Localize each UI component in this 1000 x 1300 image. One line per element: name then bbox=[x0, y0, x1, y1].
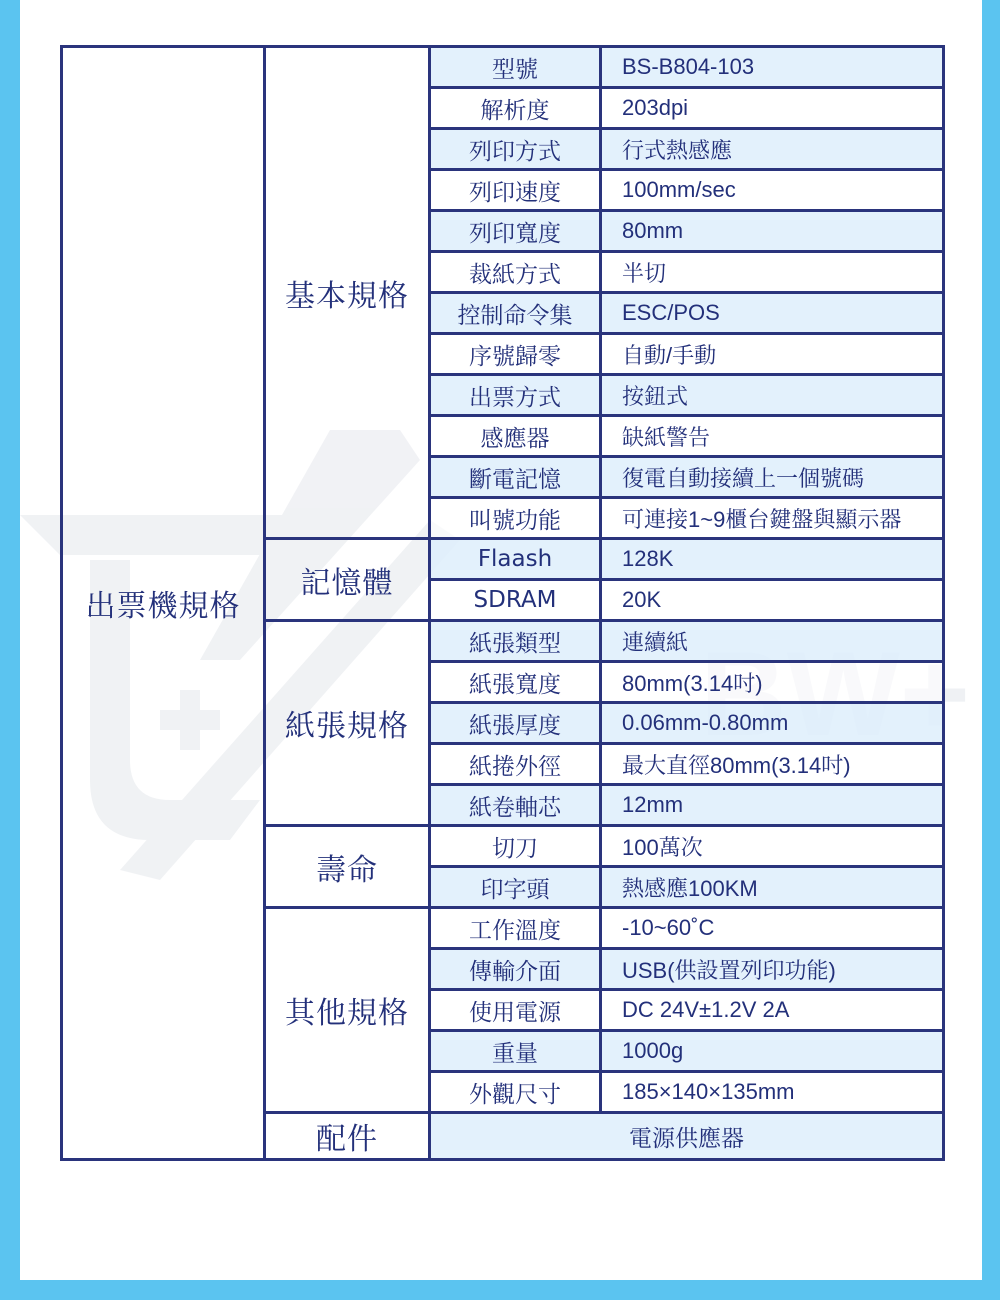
spec-value: 0.06mm-0.80mm bbox=[601, 703, 944, 744]
spec-key: 列印速度 bbox=[430, 170, 601, 211]
spec-value: 100mm/sec bbox=[601, 170, 944, 211]
spec-value: 行式熱感應 bbox=[601, 129, 944, 170]
spec-value: 128K bbox=[601, 539, 944, 580]
spec-key: 紙張類型 bbox=[430, 621, 601, 662]
spec-value: 按鈕式 bbox=[601, 375, 944, 416]
printer-spec-table: 出票機規格基本規格型號BS-B804-103解析度203dpi列印方式行式熱感應… bbox=[60, 45, 945, 1161]
spec-key: 工作溫度 bbox=[430, 908, 601, 949]
spec-key: 紙張寬度 bbox=[430, 662, 601, 703]
spec-value: USB(供設置列印功能) bbox=[601, 949, 944, 990]
spec-value: 自動/手動 bbox=[601, 334, 944, 375]
spec-value: DC 24V±1.2V 2A bbox=[601, 990, 944, 1031]
spec-value: ESC/POS bbox=[601, 293, 944, 334]
group-label: 其他規格 bbox=[265, 908, 430, 1113]
spec-key: 列印方式 bbox=[430, 129, 601, 170]
spec-key: 重量 bbox=[430, 1031, 601, 1072]
spec-key: SDRAM bbox=[430, 580, 601, 621]
spec-row: 出票機規格基本規格型號BS-B804-103 bbox=[62, 47, 944, 88]
spec-value: 20K bbox=[601, 580, 944, 621]
spec-value: 80mm(3.14吋) bbox=[601, 662, 944, 703]
spec-key: 紙捲外徑 bbox=[430, 744, 601, 785]
spec-key: 出票方式 bbox=[430, 375, 601, 416]
spec-value: 復電自動接續上一個號碼 bbox=[601, 457, 944, 498]
group-label: 基本規格 bbox=[265, 47, 430, 539]
spec-value: 半切 bbox=[601, 252, 944, 293]
spec-key: 列印寬度 bbox=[430, 211, 601, 252]
spec-value: BS-B804-103 bbox=[601, 47, 944, 88]
spec-value: 100萬次 bbox=[601, 826, 944, 867]
spec-key: 外觀尺寸 bbox=[430, 1072, 601, 1113]
spec-value: 缺紙警告 bbox=[601, 416, 944, 457]
spec-key: 裁紙方式 bbox=[430, 252, 601, 293]
spec-value: 最大直徑80mm(3.14吋) bbox=[601, 744, 944, 785]
spec-key: Flaash bbox=[430, 539, 601, 580]
spec-value: 可連接1~9櫃台鍵盤與顯示器 bbox=[601, 498, 944, 539]
spec-key: 感應器 bbox=[430, 416, 601, 457]
spec-value: 連續紙 bbox=[601, 621, 944, 662]
spec-key: 傳輸介面 bbox=[430, 949, 601, 990]
group-label: 紙張規格 bbox=[265, 621, 430, 826]
spec-key: 印字頭 bbox=[430, 867, 601, 908]
spec-value: 80mm bbox=[601, 211, 944, 252]
spec-value: 熱感應100KM bbox=[601, 867, 944, 908]
spec-value: -10~60˚C bbox=[601, 908, 944, 949]
accessory-label: 配件 bbox=[265, 1113, 430, 1160]
spec-key: 控制命令集 bbox=[430, 293, 601, 334]
table-title: 出票機規格 bbox=[62, 47, 265, 1160]
spec-key: 紙卷軸芯 bbox=[430, 785, 601, 826]
spec-key: 切刀 bbox=[430, 826, 601, 867]
spec-key: 叫號功能 bbox=[430, 498, 601, 539]
spec-key: 紙張厚度 bbox=[430, 703, 601, 744]
spec-key: 使用電源 bbox=[430, 990, 601, 1031]
group-label: 壽命 bbox=[265, 826, 430, 908]
spec-value: 203dpi bbox=[601, 88, 944, 129]
spec-key: 斷電記憶 bbox=[430, 457, 601, 498]
group-label: 記憶體 bbox=[265, 539, 430, 621]
spec-key: 型號 bbox=[430, 47, 601, 88]
spec-value: 12mm bbox=[601, 785, 944, 826]
accessory-value: 電源供應器 bbox=[430, 1113, 944, 1160]
spec-value: 185×140×135mm bbox=[601, 1072, 944, 1113]
spec-value: 1000g bbox=[601, 1031, 944, 1072]
spec-key: 解析度 bbox=[430, 88, 601, 129]
spec-key: 序號歸零 bbox=[430, 334, 601, 375]
